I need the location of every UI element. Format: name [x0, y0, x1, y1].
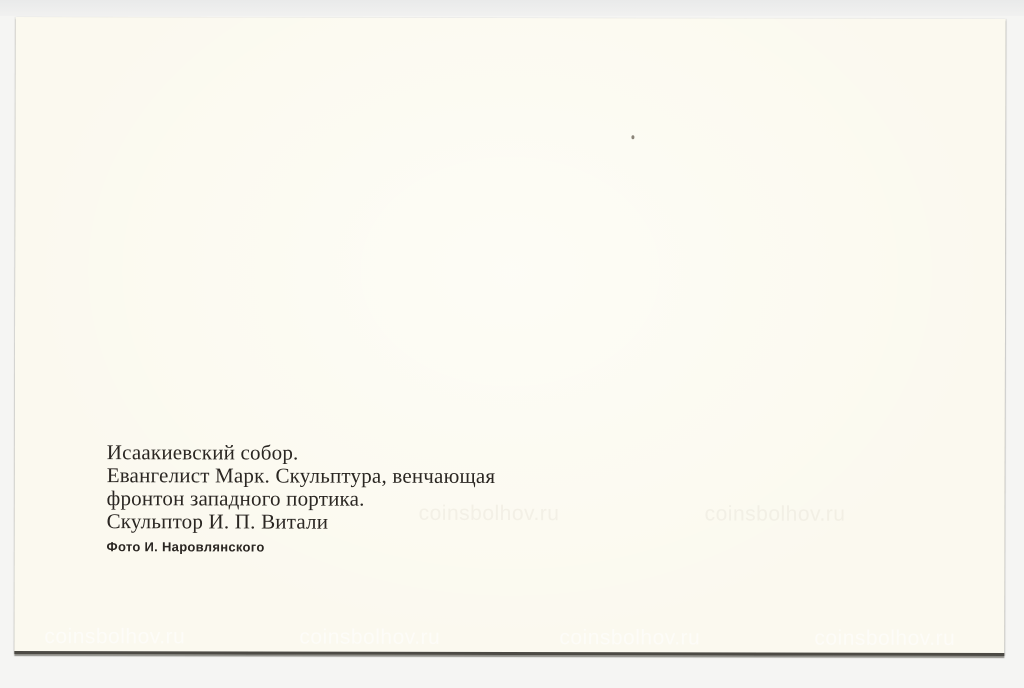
- caption-subject: Евангелист Марк. Скульптура, венчающая: [107, 464, 496, 488]
- caption-title: Исаакиевский собор.: [107, 441, 496, 465]
- watermark-mid-1: coinsbolhov.ru: [419, 502, 560, 526]
- paper-speck: [631, 135, 634, 139]
- watermark-3: coinsbolhov.ru: [559, 626, 700, 650]
- postcard-back: Исаакиевский собор. Евангелист Марк. Ску…: [14, 17, 1005, 656]
- watermark-2: coinsbolhov.ru: [299, 626, 440, 650]
- photo-credit: Фото И. Наровлянского: [107, 539, 496, 555]
- scan-background-top: [0, 0, 1024, 16]
- watermark-mid-2: coinsbolhov.ru: [705, 502, 846, 526]
- watermark-4: coinsbolhov.ru: [814, 627, 955, 651]
- watermark-1: coinsbolhov.ru: [44, 625, 185, 649]
- postcard-caption: Исаакиевский собор. Евангелист Марк. Ску…: [107, 441, 496, 555]
